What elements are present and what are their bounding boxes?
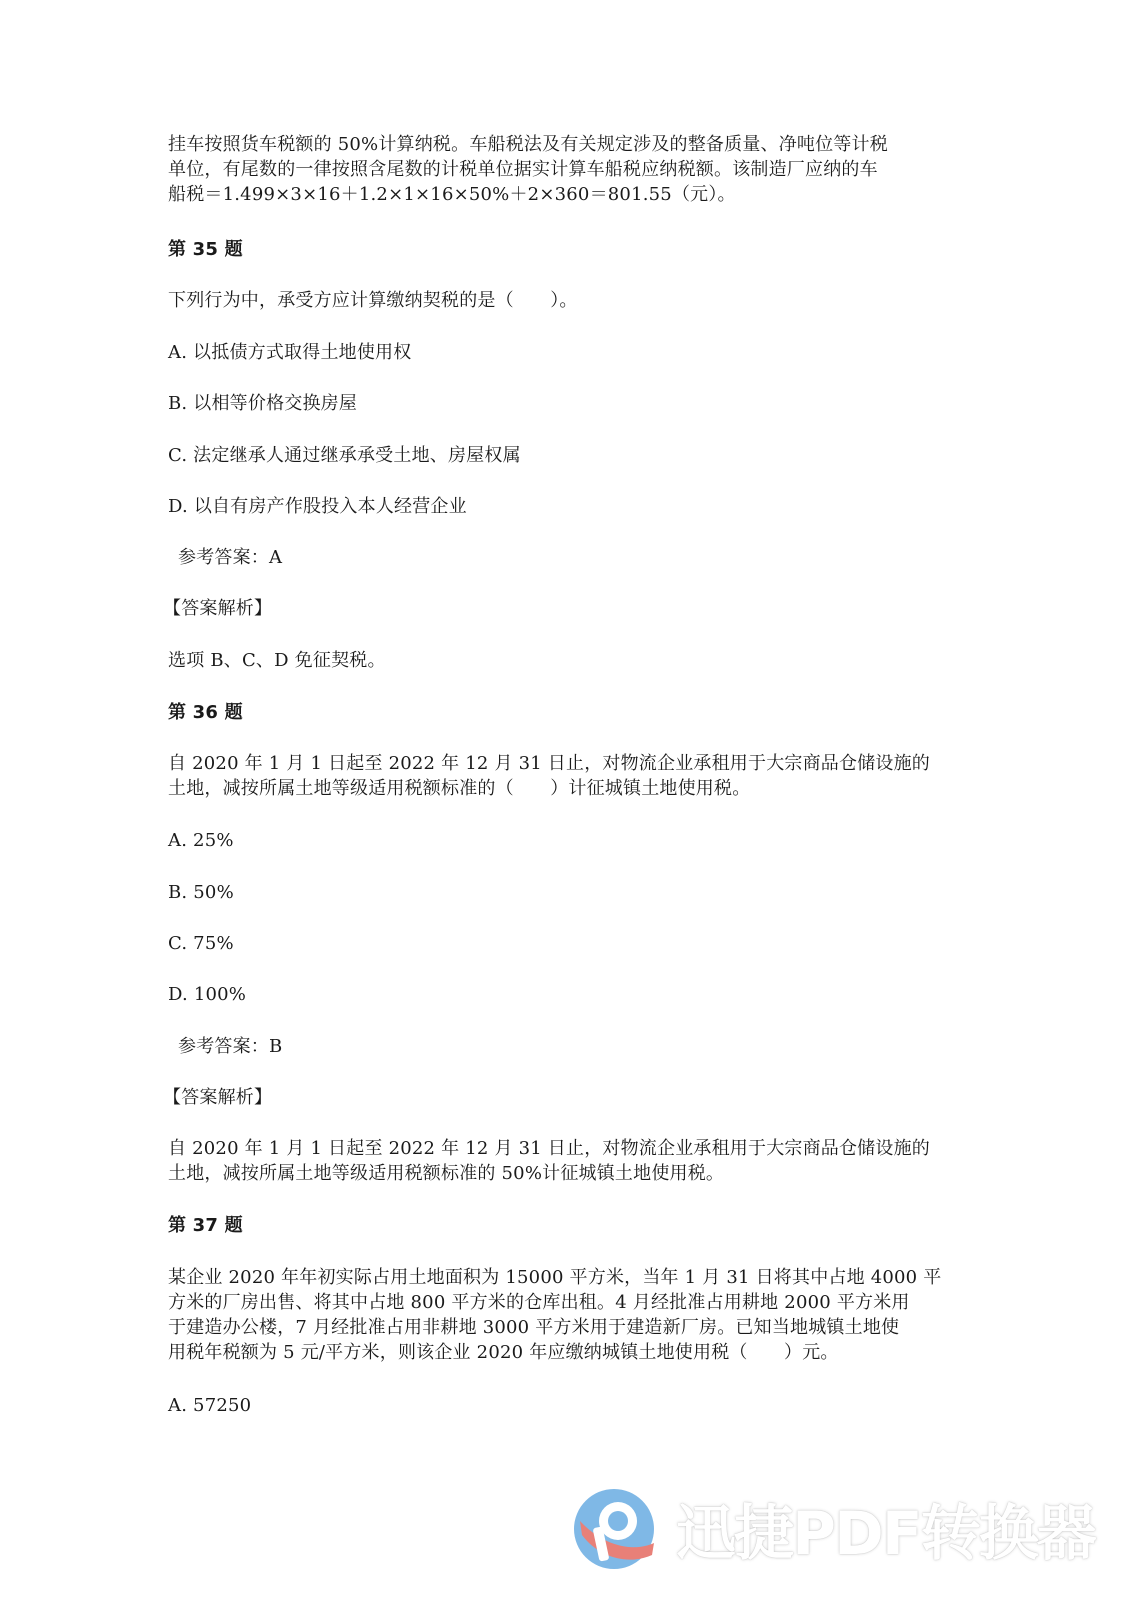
question-35-answer: 参考答案：A <box>178 545 948 570</box>
question-36-title: 第 36 题 <box>168 700 938 725</box>
text-line: 选项 B、C、D 免征契税。 <box>168 648 938 673</box>
text-line: 挂车按照货车税额的 50%计算纳税。车船税法及有关规定涉及的整备质量、净吨位等计… <box>168 132 938 157</box>
pdf-converter-logo-icon <box>572 1487 656 1571</box>
text-line: 方米的厂房出售、将其中占地 800 平方米的仓库出租。4 月经批准占用耕地 20… <box>168 1290 938 1315</box>
question-36-option-b: B. 50% <box>168 880 938 905</box>
question-36-option-a: A. 25% <box>168 828 938 853</box>
question-35-analysis: 选项 B、C、D 免征契税。 <box>168 648 938 673</box>
question-35-analysis-label: 【答案解析】 <box>163 596 933 621</box>
question-35-stem: 下列行为中，承受方应计算缴纳契税的是（ ）。 <box>168 288 938 313</box>
text-line: 单位，有尾数的一律按照含尾数的计税单位据实计算车船税应纳税额。该制造厂应纳的车 <box>168 157 938 182</box>
question-36-analysis: 自 2020 年 1 月 1 日起至 2022 年 12 月 31 日止，对物流… <box>168 1136 938 1186</box>
question-36-option-d: D. 100% <box>168 982 938 1007</box>
text-line: 自 2020 年 1 月 1 日起至 2022 年 12 月 31 日止，对物流… <box>168 1136 938 1161</box>
question-36-stem: 自 2020 年 1 月 1 日起至 2022 年 12 月 31 日止，对物流… <box>168 751 938 801</box>
question-37-stem: 某企业 2020 年年初实际占用土地面积为 15000 平方米，当年 1 月 3… <box>168 1265 938 1365</box>
watermark-text: 迅捷PDF转换器 <box>676 1486 1095 1572</box>
question-37-title: 第 37 题 <box>168 1213 938 1238</box>
question-35-option-a: A. 以抵债方式取得土地使用权 <box>168 340 938 365</box>
question-36-option-c: C. 75% <box>168 931 938 956</box>
text-line: 下列行为中，承受方应计算缴纳契税的是（ ）。 <box>168 288 938 313</box>
document-page: 挂车按照货车税额的 50%计算纳税。车船税法及有关规定涉及的整备质量、净吨位等计… <box>0 0 1131 1600</box>
text-line: 某企业 2020 年年初实际占用土地面积为 15000 平方米，当年 1 月 3… <box>168 1265 938 1290</box>
question-35-title: 第 35 题 <box>168 237 938 262</box>
text-line: 于建造办公楼，7 月经批准占用非耕地 3000 平方米用于建造新厂房。已知当地城… <box>168 1315 938 1340</box>
text-line: 船税＝1.499×3×16＋1.2×1×16×50%＋2×360＝801.55（… <box>168 182 938 207</box>
question-37-option-a: A. 57250 <box>168 1393 938 1418</box>
question-35-option-c: C. 法定继承人通过继承承受土地、房屋权属 <box>168 443 938 468</box>
text-line: 自 2020 年 1 月 1 日起至 2022 年 12 月 31 日止，对物流… <box>168 751 938 776</box>
question-36-analysis-label: 【答案解析】 <box>163 1085 933 1110</box>
question-35-option-b: B. 以相等价格交换房屋 <box>168 391 938 416</box>
watermark: 迅捷PDF转换器 <box>572 1484 1092 1574</box>
text-line: 土地，减按所属土地等级适用税额标准的（ ）计征城镇土地使用税。 <box>168 776 938 801</box>
question-36-answer: 参考答案：B <box>178 1034 948 1059</box>
text-line: 土地，减按所属土地等级适用税额标准的 50%计征城镇土地使用税。 <box>168 1161 938 1186</box>
text-line: 用税年税额为 5 元/平方米，则该企业 2020 年应缴纳城镇土地使用税（ ）元… <box>168 1340 938 1365</box>
continuation-paragraph: 挂车按照货车税额的 50%计算纳税。车船税法及有关规定涉及的整备质量、净吨位等计… <box>168 132 938 207</box>
question-35-option-d: D. 以自有房产作股投入本人经营企业 <box>168 494 938 519</box>
